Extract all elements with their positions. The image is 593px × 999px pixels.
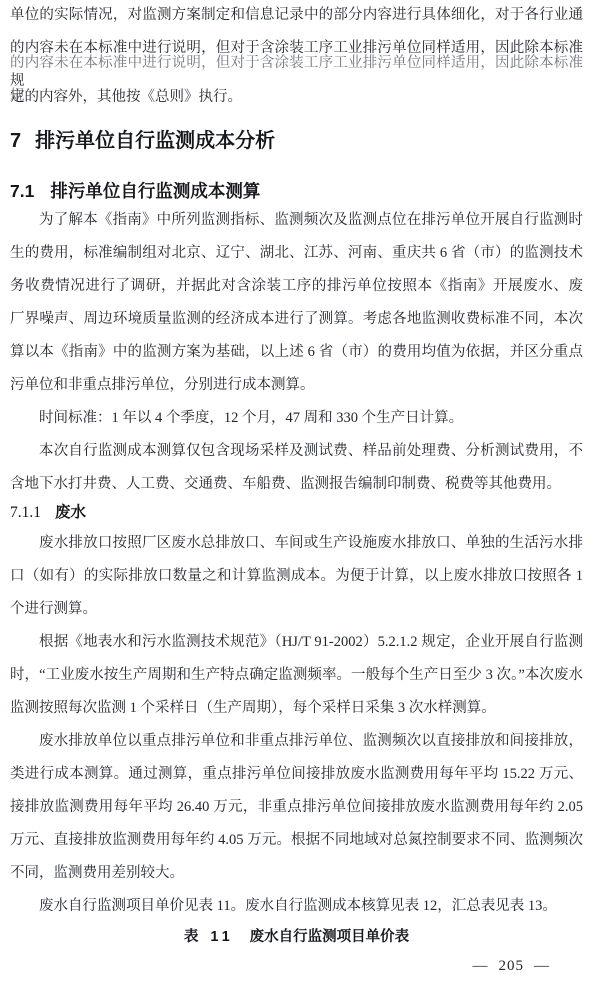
page-number-value: 205 <box>499 958 525 974</box>
text-line-with-scan-ghost: 的内容未在本标准中进行说明，但对于含涂装工序工业排污单位同样适用，因此除本标准规… <box>10 32 583 65</box>
paragraph-cost-scope: 本次自行监测成本测算仅包含现场采样及测试费、样品前处理费、分析测试费用，不包 含… <box>10 435 583 501</box>
text-line: 类进行成本测算。通过测算，重点排污单位间接排放废水监测费用每年平均 15.22 … <box>10 758 583 791</box>
footer-dash-right: — <box>534 958 550 974</box>
text-line: 废水排放单位以重点排污单位和非重点排污单位、监测频次以直接排放和间接排放，分 <box>10 725 583 758</box>
text-line: 为了解本《指南》中所列监测指标、监测频次及监测点位在排污单位开展自行监测时产 <box>10 204 583 237</box>
text-line: 时间标准：1 年以 4 个季度，12 个月，47 周和 330 个生产日计算。 <box>10 402 583 435</box>
text-line: 时，“工业废水按生产周期和生产特点确定监测频率。一般每个生产日至少 3 次。”本… <box>10 659 583 692</box>
text-line: 废水自行监测项目单价见表 11。废水自行监测成本核算见表 12，汇总表见表 13… <box>10 890 583 923</box>
text-line: 接排放监测费用每年平均 26.40 万元，非重点排污单位间接排放废水监测费用每年… <box>10 791 583 824</box>
document-page: 单位的实际情况，对监测方案制定和信息记录中的部分内容进行具体细化，对于各行业通用… <box>0 0 593 999</box>
text-line: 定的内容外，其他按《总则》执行。 <box>10 81 583 114</box>
section-heading-7-1-1: 7.1.1废水 <box>10 499 583 527</box>
table-label: 表 11 <box>184 929 234 945</box>
section-number: 7.1.1 <box>10 504 41 521</box>
paragraph-monitoring-frequency: 根据《地表水和污水监测技术规范》（HJ/T 91-2002）5.2.1.2 规定… <box>10 626 583 725</box>
text-line: 个进行测算。 <box>10 593 583 626</box>
section-title: 排污单位自行监测成本分析 <box>35 130 275 152</box>
text-line: 废水排放口按照厂区废水总排放口、车间或生产设施废水排放口、单独的生活污水排放 <box>10 527 583 560</box>
text-line: 单位的实际情况，对监测方案制定和信息记录中的部分内容进行具体细化，对于各行业通用 <box>10 0 583 32</box>
section-number: 7.1 <box>10 181 34 201</box>
paragraph-intro-continuation: 单位的实际情况，对监测方案制定和信息记录中的部分内容进行具体细化，对于各行业通用… <box>10 0 583 114</box>
section-heading-7: 7排污单位自行监测成本分析 <box>10 126 583 156</box>
document-content: 单位的实际情况，对监测方案制定和信息记录中的部分内容进行具体细化，对于各行业通用… <box>10 0 583 951</box>
text-line: 口（如有）的实际排放口数量之和计算监测成本。为便于计算，以上废水排放口按照各 1 <box>10 560 583 593</box>
text-line: 生的费用，标准编制组对北京、辽宁、湖北、江苏、河南、重庆共 6 省（市）的监测技… <box>10 237 583 270</box>
text-line: 含地下水打井费、人工费、交通费、车船费、监测报告编制印制费、税费等其他费用。 <box>10 468 583 501</box>
text-line: 根据《地表水和污水监测技术规范》（HJ/T 91-2002）5.2.1.2 规定… <box>10 626 583 659</box>
text-line: 监测按照每次监测 1 个采样日（生产周期），每个采样日采集 3 次水样测算。 <box>10 692 583 725</box>
table-11-caption: 表 11废水自行监测项目单价表 <box>10 923 583 951</box>
paragraph-table-references: 废水自行监测项目单价见表 11。废水自行监测成本核算见表 12，汇总表见表 13… <box>10 890 583 923</box>
text-line: 本次自行监测成本测算仅包含现场采样及测试费、样品前处理费、分析测试费用，不包 <box>10 435 583 468</box>
text-line: 不同，监测费用差别较大。 <box>10 857 583 890</box>
footer-dash-left: — <box>473 958 489 974</box>
table-title: 废水自行监测项目单价表 <box>250 929 410 945</box>
text-line: 务收费情况进行了调研，并据此对含涂装工序的排污单位按照本《指南》开展废水、废气、 <box>10 270 583 303</box>
text-line: 万元、直接排放监测费用每年约 4.05 万元。根据不同地域对总氮控制要求不同、监… <box>10 824 583 857</box>
section-heading-7-1: 7.1排污单位自行监测成本测算 <box>10 178 583 204</box>
section-number: 7 <box>10 130 21 152</box>
paragraph-cost-survey: 为了解本《指南》中所列监测指标、监测频次及监测点位在排污单位开展自行监测时产 生… <box>10 204 583 402</box>
section-title: 排污单位自行监测成本测算 <box>50 181 260 201</box>
text-line: 污单位和非重点排污单位，分别进行成本测算。 <box>10 369 583 402</box>
page-number: —205— <box>463 958 561 975</box>
paragraph-wastewater-outlets: 废水排放口按照厂区废水总排放口、车间或生产设施废水排放口、单独的生活污水排放 口… <box>10 527 583 626</box>
paragraph-time-standard: 时间标准：1 年以 4 个季度，12 个月，47 周和 330 个生产日计算。 <box>10 402 583 435</box>
paragraph-cost-result: 废水排放单位以重点排污单位和非重点排污单位、监测频次以直接排放和间接排放，分 类… <box>10 725 583 890</box>
text-line: 厂界噪声、周边环境质量监测的经济成本进行了测算。考虑各地监测收费标准不同，本次测 <box>10 303 583 336</box>
section-title: 废水 <box>55 504 86 521</box>
text-line: 算以本《指南》中的监测方案为基础，以上述 6 省（市）的费用均值为依据，并区分重… <box>10 336 583 369</box>
